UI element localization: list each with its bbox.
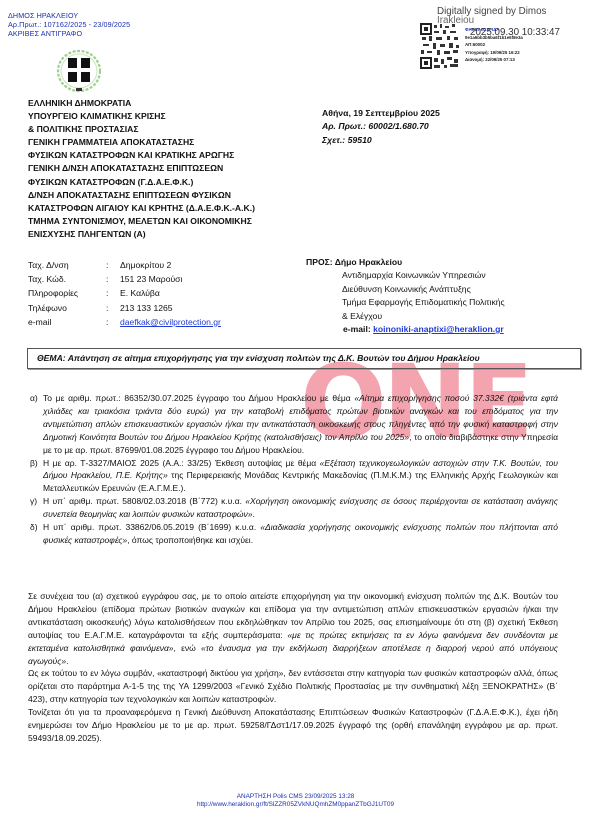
reference-text: Η με αρ. Τ-3327/ΜΑΙΟΣ 2025 (Α.Α.: 33/25)… (43, 457, 558, 496)
org-line: ΕΛΛΗΝΙΚΗ ΔΗΜΟΚΡΑΤΙΑ (28, 97, 255, 110)
recipient-name: Δήμο Ηρακλείου (335, 257, 402, 267)
coat-of-arms-icon (54, 46, 104, 94)
signature-date: Υπογραφή: 19/09/25 16:22 (465, 49, 523, 57)
sender-email-link[interactable]: daefkak@civilprotection.gr (120, 315, 221, 329)
org-line: ΓΕΝΙΚΗ ΓΡΑΜΜΑΤΕΙΑ ΑΠΟΚΑΤΑΣΤΑΣΗΣ (28, 136, 255, 149)
reference-item: α)Το με αριθμ. πρωτ.: 86352/30.07.2025 έ… (30, 392, 558, 457)
references-list: α)Το με αριθμ. πρωτ.: 86352/30.07.2025 έ… (30, 392, 558, 547)
contact-separator: : (106, 258, 120, 272)
text: Η υπ΄ αριθμ. πρωτ. 5808/02.03.2018 (Β΄77… (43, 496, 245, 506)
contact-value: Ε. Καλύβα (120, 286, 160, 300)
text: . (66, 656, 68, 666)
to-label: ΠΡΟΣ: (306, 257, 333, 267)
org-line: Δ/ΝΣΗ ΑΠΟΚΑΤΑΣΤΑΣΗΣ ΕΠΙΠΤΩΣΕΩΝ ΦΥΣΙΚΩΝ (28, 189, 255, 202)
contact-label: Ταχ. Δ/νση (28, 258, 106, 272)
recipient-head: ΠΡΟΣ: Δήμο Ηρακλείου (306, 256, 505, 269)
contact-details: Ταχ. Δ/νση : Δημοκρίτου 2 Ταχ. Κώδ. : 15… (28, 258, 221, 329)
contact-separator: : (106, 286, 120, 300)
contact-separator: : (106, 272, 120, 286)
contact-value: 213 133 1265 (120, 301, 173, 315)
reference-item: γ)Η υπ΄ αριθμ. πρωτ. 5808/02.03.2018 (Β΄… (30, 495, 558, 521)
recipient-email-link[interactable]: koinoniki-anaptixi@heraklion.gr (373, 324, 504, 334)
reference-item: β)Η με αρ. Τ-3327/ΜΑΙΟΣ 2025 (Α.Α.: 33/2… (30, 457, 558, 496)
contact-row-phone: Τηλέφωνο : 213 133 1265 (28, 301, 221, 315)
contact-value: Δημοκρίτου 2 (120, 258, 171, 272)
recipient-line: & Ελέγχου (306, 310, 505, 323)
org-line: ΤΜΗΜΑ ΣΥΝΤΟΝΙΣΜΟΥ, ΜΕΛΕΤΩΝ ΚΑΙ ΟΙΚΟΝΟΜΙΚ… (28, 215, 255, 228)
place-date: Αθήνα, 19 Σεπτεμβρίου 2025 (322, 107, 440, 120)
text: , ενώ (174, 643, 201, 653)
org-line: ΓΕΝΙΚΗ Δ/ΝΣΗ ΑΠΟΚΑΤΑΣΤΑΣΗΣ ΕΠΙΠΤΩΣΕΩΝ (28, 162, 255, 175)
place-date-block: Αθήνα, 19 Σεπτεμβρίου 2025 Αρ. Πρωτ.: 60… (322, 107, 440, 147)
contact-row-address: Ταχ. Δ/νση : Δημοκρίτου 2 (28, 258, 221, 272)
reference-marker: δ) (30, 521, 43, 547)
letter-body: Σε συνέχεια του (α) σχετικού εγγράφου σα… (28, 590, 558, 745)
stamp-certified: ΑΚΡΙΒΕΣ ΑΝΤΙΓΡΑΦΟ (8, 29, 130, 38)
text: Ως εκ τούτου το εν λόγω συμβάν, «καταστρ… (28, 668, 558, 704)
org-line: ΥΠΟΥΡΓΕΙΟ ΚΛΙΜΑΤΙΚΗΣ ΚΡΙΣΗΣ (28, 110, 255, 123)
reference-text: Η υπ΄ αριθμ. πρωτ. 5808/02.03.2018 (Β΄77… (43, 495, 558, 521)
issuing-organization: ΕΛΛΗΝΙΚΗ ΔΗΜΟΚΡΑΤΙΑ ΥΠΟΥΡΓΕΙΟ ΚΛΙΜΑΤΙΚΗΣ… (28, 97, 255, 241)
org-line: ΕΝΙΣΧΥΣΗΣ ΠΛΗΓΕΝΤΩΝ (Α) (28, 228, 255, 241)
org-line: ΦΥΣΙΚΩΝ ΚΑΤΑΣΤΡΟΦΩΝ (Γ.Δ.Α.Ε.Φ.Κ.) (28, 176, 255, 189)
contact-label: e-mail (28, 315, 106, 329)
text: Η υπ΄ αριθμ. πρωτ. 33862/06.05.2019 (Β΄1… (43, 522, 260, 532)
text: Το με αριθμ. πρωτ.: 86352/30.07.2025 έγγ… (43, 393, 354, 403)
text: Η με αρ. Τ-3327/ΜΑΙΟΣ 2025 (Α.Α.: 33/25)… (43, 458, 320, 468)
org-line: & ΠΟΛΙΤΙΚΗΣ ΠΡΟΣΤΑΣΙΑΣ (28, 123, 255, 136)
text: Τονίζεται ότι για τα προαναφερόμενα η Γε… (28, 707, 558, 743)
text: , όπως τροποποιήθηκε και ισχύει. (127, 535, 253, 545)
posting-footer: ΑΝΑΡΤΗΣΗ Polis CMS 23/09/2025 13:28 http… (0, 793, 591, 810)
org-line: ΦΥΣΙΚΩΝ ΚΑΤΑΣΤΡΟΦΩΝ ΚΑΙ ΚΡΑΤΙΚΗΣ ΑΡΩΓΗΣ (28, 149, 255, 162)
reference-text: Η υπ΄ αριθμ. πρωτ. 33862/06.05.2019 (Β΄1… (43, 521, 558, 547)
text: . (253, 509, 255, 519)
body-paragraph: Ως εκ τούτου το εν λόγω συμβάν, «καταστρ… (28, 667, 558, 706)
reference-marker: γ) (30, 495, 43, 521)
contact-row-info: Πληροφορίες : Ε. Καλύβα (28, 286, 221, 300)
stamp-municipality: ΔΗΜΟΣ ΗΡΑΚΛΕΙΟΥ (8, 11, 130, 20)
contact-label: Πληροφορίες (28, 286, 106, 300)
reference-text: Το με αριθμ. πρωτ.: 86352/30.07.2025 έγγ… (43, 392, 558, 457)
reference-marker: α) (30, 392, 43, 457)
posting-info: ΑΝΑΡΤΗΣΗ Polis CMS 23/09/2025 13:28 (0, 793, 591, 801)
body-paragraph: Σε συνέχεια του (α) σχετικού εγγράφου σα… (28, 590, 558, 667)
recipient-email-label: e-mail: (343, 324, 371, 334)
recipient-line: Τμήμα Εφαρμογής Επιδοματικής Πολιτικής (306, 296, 505, 309)
qr-code-icon (420, 23, 460, 69)
recipient-line: Αντιδημαρχία Κοινωνικών Υπηρεσιών (306, 269, 505, 282)
digital-signature-signer: Irakleiou (437, 16, 474, 26)
contact-separator: : (106, 315, 120, 329)
contact-row-email: e-mail : daefkak@civilprotection.gr (28, 315, 221, 329)
subject-box: ΘΕΜΑ: Απάντηση σε αίτημα επιχορήγησης γι… (27, 348, 581, 369)
signature-distribution-date: Διανομή: 22/09/25 07:13 (465, 56, 523, 64)
certified-copy-stamp: ΔΗΜΟΣ ΗΡΑΚΛΕΙΟΥ Αρ.Πρωτ.: 107162/2025 - … (8, 11, 130, 39)
protocol-number: Αρ. Πρωτ.: 60002/1.680.70 (322, 120, 440, 133)
contact-row-postal-code: Ταχ. Κώδ. : 151 23 Μαρούσι (28, 272, 221, 286)
contact-label: Τηλέφωνο (28, 301, 106, 315)
related-reference: Σχετ.: 59510 (322, 134, 440, 147)
org-line: ΚΑΤΑΣΤΡΟΦΩΝ ΑΙΓΑΙΟΥ ΚΑΙ ΚΡΗΤΗΣ (Δ.Α.Ε.Φ.… (28, 202, 255, 215)
body-paragraph: Τονίζεται ότι για τα προαναφερόμενα η Γε… (28, 706, 558, 745)
recipient-line: Διεύθυνση Κοινωνικής Ανάπτυξης (306, 283, 505, 296)
signature-ap: ΑΠ:60002 (465, 41, 523, 49)
posting-url[interactable]: http://www.heraklion.gr/ft/SlZZR05ZVkNUQ… (0, 801, 591, 809)
contact-value: 151 23 Μαρούσι (120, 272, 182, 286)
digital-signature-datetime: 2025.09.30 10:33:47 (470, 27, 560, 38)
recipient-email-row: e-mail: koinoniki-anaptixi@heraklion.gr (306, 323, 505, 336)
contact-label: Ταχ. Κώδ. (28, 272, 106, 286)
contact-separator: : (106, 301, 120, 315)
recipient-block: ΠΡΟΣ: Δήμο Ηρακλείου Αντιδημαρχία Κοινων… (306, 256, 505, 336)
stamp-protocol: Αρ.Πρωτ.: 107162/2025 - 23/09/2025 (8, 20, 130, 29)
reference-item: δ) Η υπ΄ αριθμ. πρωτ. 33862/06.05.2019 (… (30, 521, 558, 547)
reference-marker: β) (30, 457, 43, 496)
